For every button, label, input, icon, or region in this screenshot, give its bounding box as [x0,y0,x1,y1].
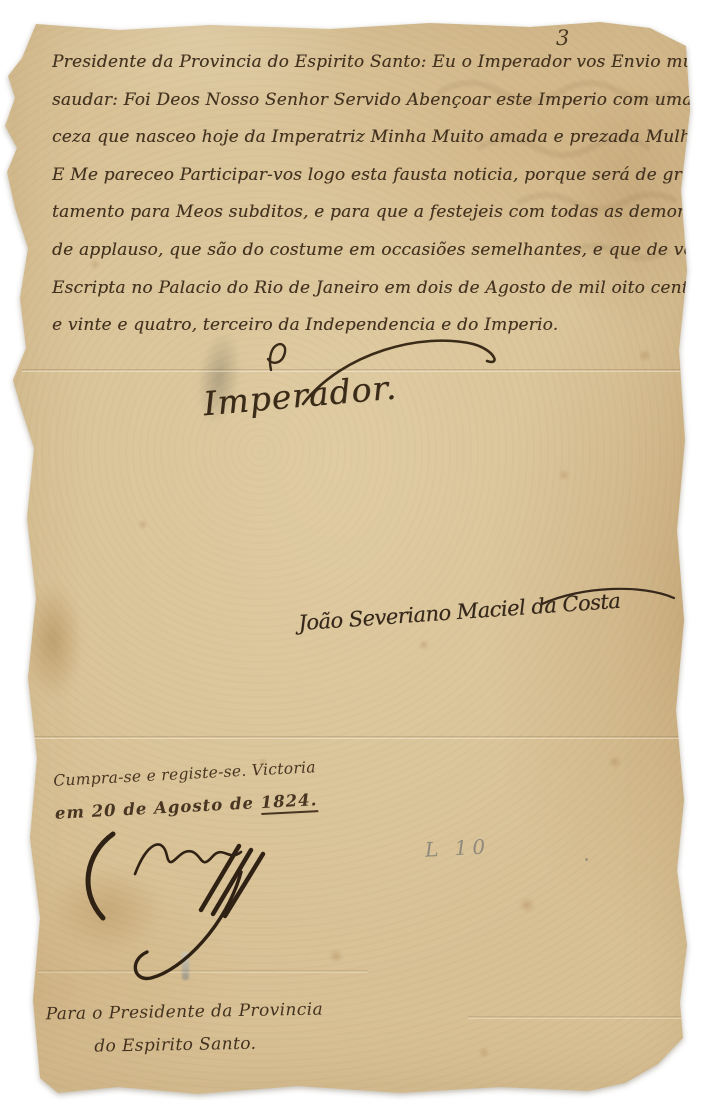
manuscript-line: Presidente da Provincia do Espirito Sant… [52,44,677,82]
foxing-spot [608,756,622,768]
fold-crease [468,1016,682,1019]
manuscript-line: ceza que nasceo hoje da Imperatriz Minha… [52,119,677,157]
address-line: Para o Presidente da Provincia [46,1000,324,1025]
manuscript-paper: 3 Presidente da Provincia do Espirito Sa… [0,0,703,1100]
manuscript-line: E Me pareceo Participar-vos logo esta fa… [52,157,677,195]
manuscript-line: de applauso, que são do costume em occas… [52,232,677,270]
pencil-dot [585,858,588,861]
manuscript-line: Escripta no Palacio do Rio de Janeiro em… [52,270,677,308]
pencil-annotation: L 10 [424,834,490,861]
water-stain [24,582,82,700]
manuscript-line: tamento para Meos subditos, e para que a… [52,194,677,232]
foxing-spot [518,898,536,912]
paper-wrapper: 3 Presidente da Provincia do Espirito Sa… [0,0,703,1100]
address-line: do Espirito Santo. [94,1033,324,1057]
foxing-spot [328,950,344,962]
governor-rubric-signature [55,812,305,992]
foxing-spot [478,1048,490,1057]
imperial-signature-block: Imperador. [185,330,515,440]
foxing-spot [638,350,652,361]
fold-crease [24,736,680,739]
foxing-spot [558,470,570,480]
foxing-spot [138,520,148,529]
address-block: Para o Presidente da Provincia do Espiri… [46,1000,324,1058]
scan-canvas: { "document": { "folio_number": "3", "bo… [0,0,703,1100]
letter-body: Presidente da Provincia do Espirito Sant… [52,44,677,345]
endorsement-line: Cumpra-se e registe-se. Victoria [53,758,316,790]
countersignature-block: João Severiano Maciel da Costa [292,582,692,647]
manuscript-line: saudar: Foi Deos Nosso Senhor Servido Ab… [52,82,677,120]
